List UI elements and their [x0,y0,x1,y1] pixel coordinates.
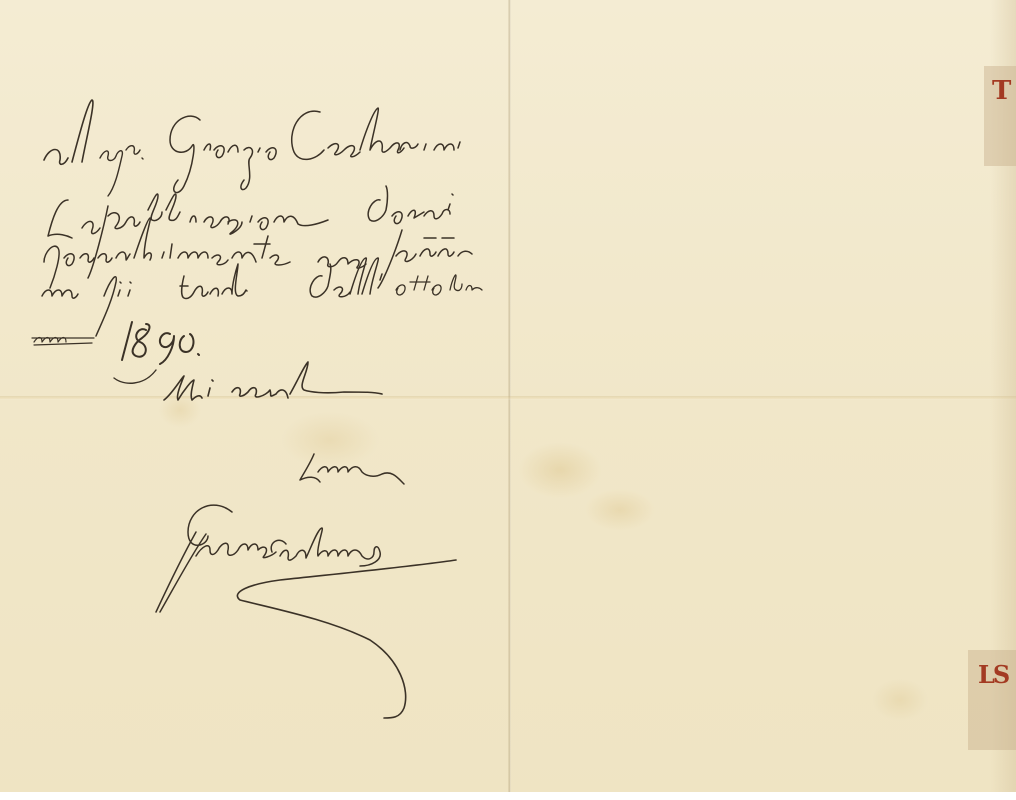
letter-sheet: T LS al sign. Giorgio Cecherini La pubbl… [0,0,1016,800]
signature-strokes [0,0,1016,800]
scan-bottom-margin [0,792,1016,800]
